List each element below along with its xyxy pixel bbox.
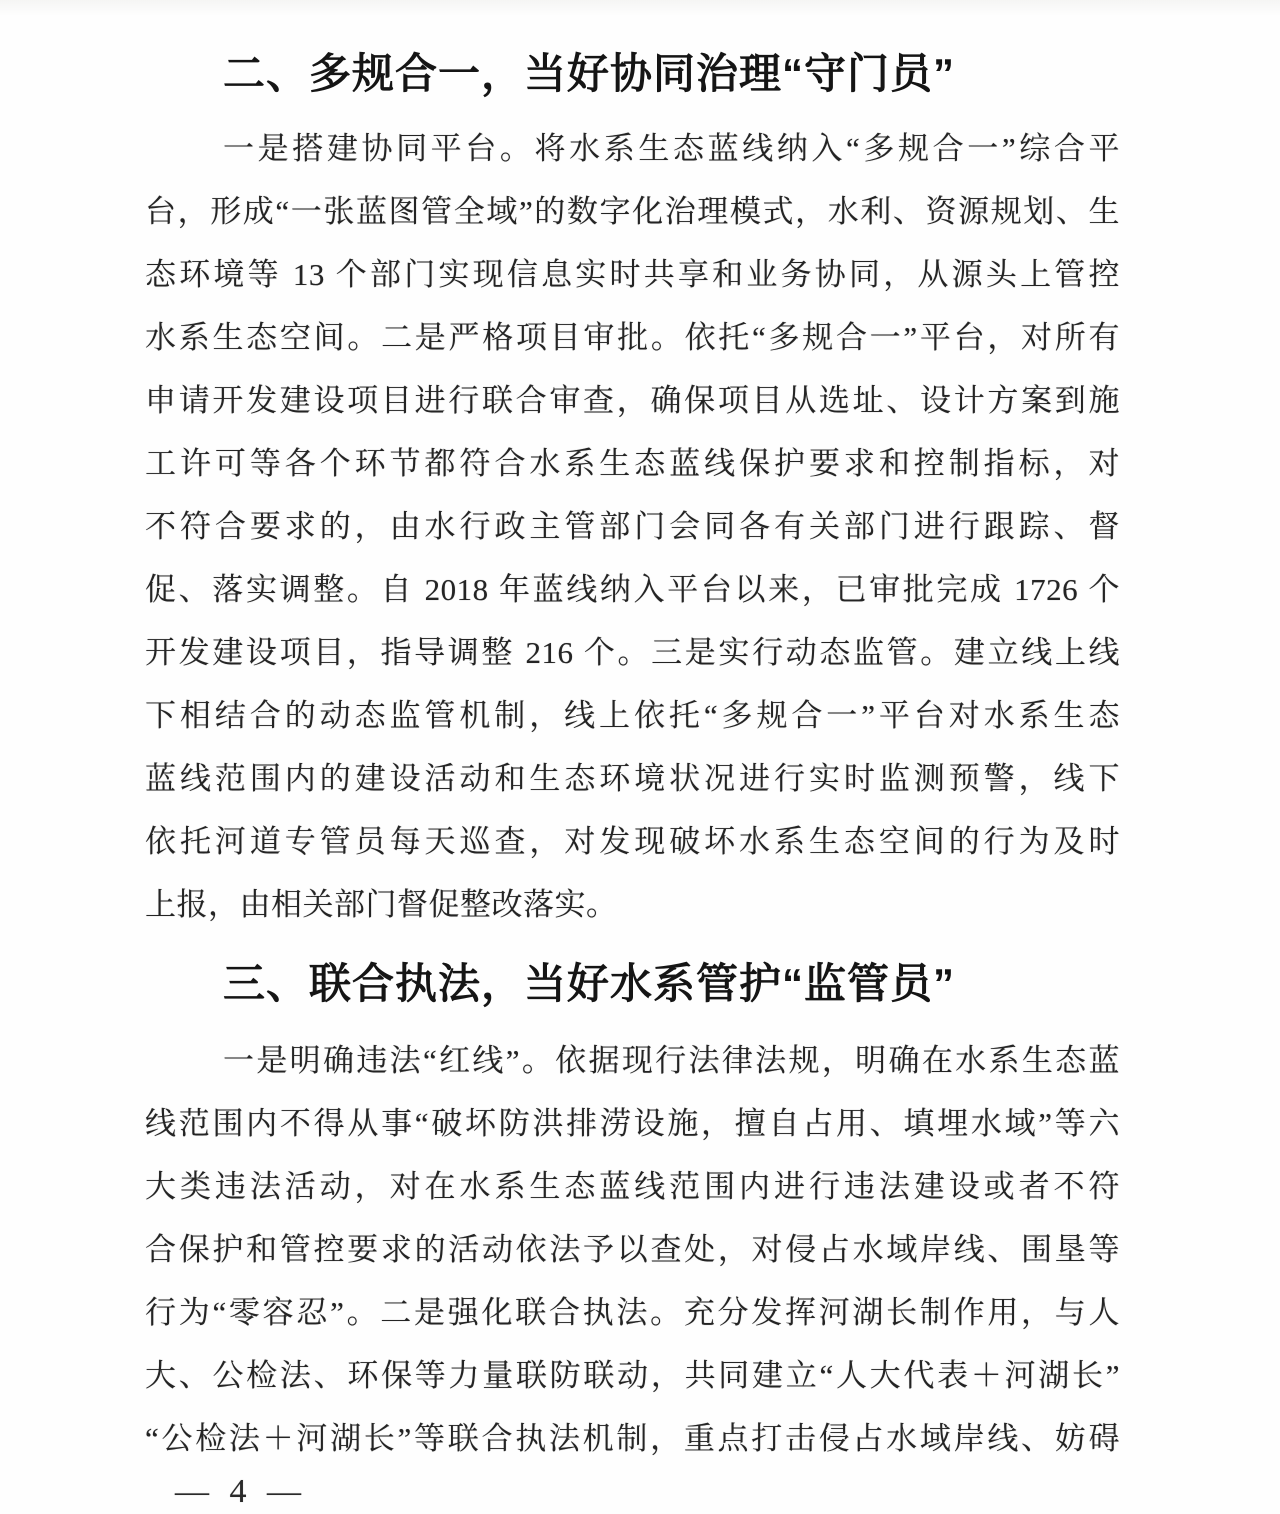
document-line: “公检法＋河湖长”等联合执法机制，重点打击侵占水域岸线、妨碍 [145, 1407, 1120, 1470]
document-line: 一是搭建协同平台。将水系生态蓝线纳入“多规合一”综合平 [145, 117, 1120, 180]
document-line: 申请开发建设项目进行联合审查，确保项目从选址、设计方案到施 [145, 369, 1120, 432]
paragraph-coordination: 一是搭建协同平台。将水系生态蓝线纳入“多规合一”综合平 台，形成“一张蓝图管全域… [145, 117, 1120, 936]
document-line: 台，形成“一张蓝图管全域”的数字化治理模式，水利、资源规划、生 [145, 180, 1120, 243]
document-line: 水系生态空间。二是严格项目审批。依托“多规合一”平台，对所有 [145, 306, 1120, 369]
document-line: 开发建设项目，指导调整 216 个。三是实行动态监管。建立线上线 [145, 621, 1120, 684]
document-line: 态环境等 13 个部门实现信息实时共享和业务协同，从源头上管控 [145, 243, 1120, 306]
document-line: 线范围内不得从事“破坏防洪排涝设施，擅自占用、填埋水域”等六 [145, 1092, 1120, 1155]
document-line: 一是明确违法“红线”。依据现行法律法规，明确在水系生态蓝 [145, 1029, 1120, 1092]
document-line: 合保护和管控要求的活动依法予以查处，对侵占水域岸线、围垦等 [145, 1218, 1120, 1281]
section-heading-lianhezhifa: 三、联合执法，当好水系管护“监管员” [145, 952, 1120, 1015]
document-line: 上报，由相关部门督促整改落实。 [145, 873, 1120, 936]
page-number: — 4 — [175, 1470, 1120, 1514]
document-line: 大类违法活动，对在水系生态蓝线范围内进行违法建设或者不符 [145, 1155, 1120, 1218]
document-line: 蓝线范围内的建设活动和生态环境状况进行实时监测预警，线下 [145, 747, 1120, 810]
document-line: 促、落实调整。自 2018 年蓝线纳入平台以来，已审批完成 1726 个 [145, 558, 1120, 621]
section-heading-duoguiheyi: 二、多规合一，当好协同治理“守门员” [145, 42, 1120, 105]
document-line: 工许可等各个环节都符合水系生态蓝线保护要求和控制指标，对 [145, 432, 1120, 495]
document-page: 二、多规合一，当好协同治理“守门员” 一是搭建协同平台。将水系生态蓝线纳入“多规… [0, 0, 1280, 1514]
document-line: 下相结合的动态监管机制，线上依托“多规合一”平台对水系生态 [145, 684, 1120, 747]
document-line: 行为“零容忍”。二是强化联合执法。充分发挥河湖长制作用，与人 [145, 1281, 1120, 1344]
document-line: 大、公检法、环保等力量联防联动，共同建立“人大代表＋河湖长” [145, 1344, 1120, 1407]
paragraph-enforcement: 一是明确违法“红线”。依据现行法律法规，明确在水系生态蓝 线范围内不得从事“破坏… [145, 1029, 1120, 1470]
document-line: 依托河道专管员每天巡查，对发现破坏水系生态空间的行为及时 [145, 810, 1120, 873]
document-line: 不符合要求的，由水行政主管部门会同各有关部门进行跟踪、督 [145, 495, 1120, 558]
